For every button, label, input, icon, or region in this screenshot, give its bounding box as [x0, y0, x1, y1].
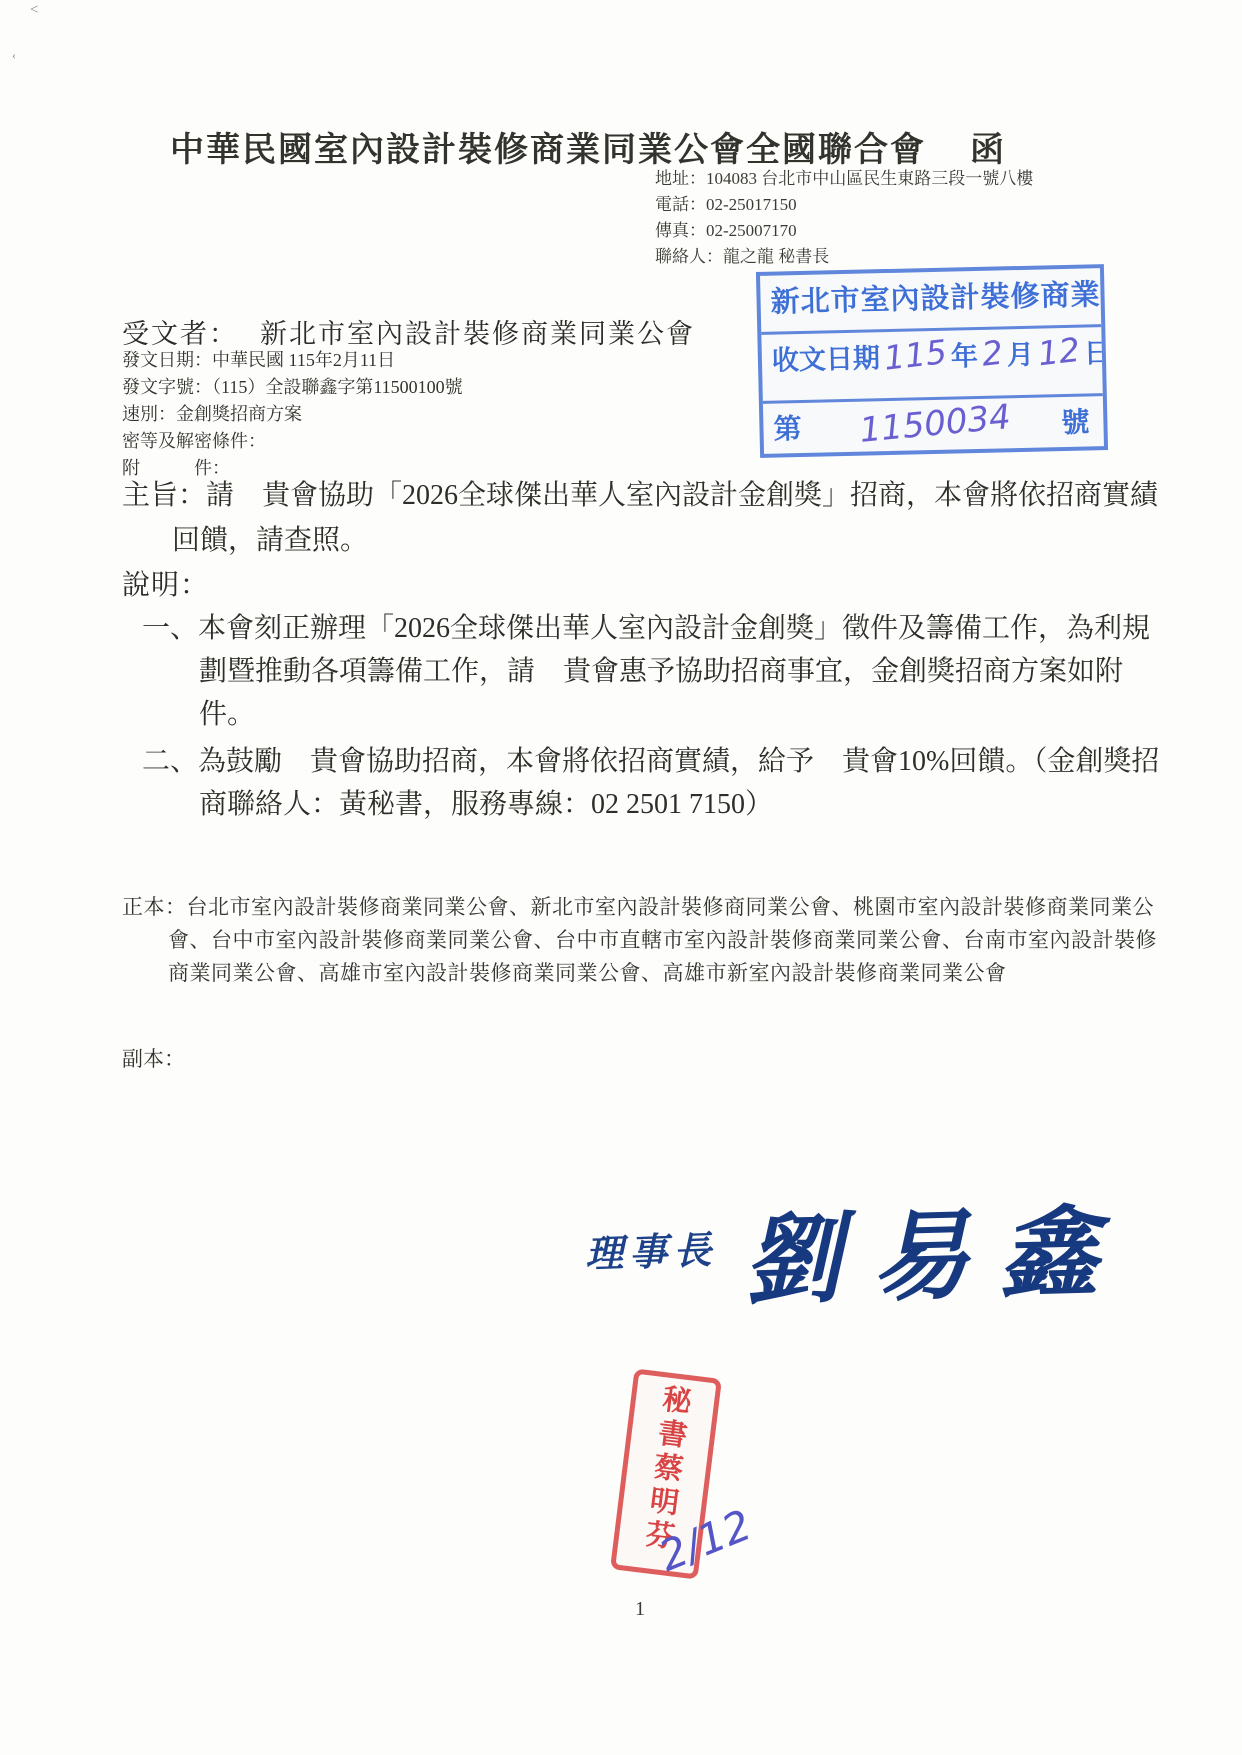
- original-list: 台北市室內設計裝修商業同業公會、新北市室內設計裝修商同業公會、桃園市室內設計裝修…: [168, 895, 1157, 985]
- explanation-item-1: 一、本會刻正辦理「2026全球傑出華人室內設計金創獎」徵件及籌備工作，為利規劃暨…: [142, 607, 1177, 736]
- sender-phone: 電話：02-25017150: [655, 192, 1033, 218]
- receipt-stamp: 新北市室內設計裝修商業同業公會 收文日期115年2月12日 號第1150034: [756, 264, 1108, 458]
- receipt-stamp-number-row: 號第1150034: [763, 393, 1104, 458]
- receipt-stamp-org: 新北市室內設計裝修商業同業公會: [760, 268, 1101, 332]
- cc-label: 副本：: [122, 1043, 185, 1073]
- receipt-no-handwritten: 1150034: [858, 397, 1012, 451]
- sender-address: 地址：104083 台北市中山區民生東路三段一號八樓: [655, 166, 1033, 192]
- chairman-name-calligraphy: 劉易鑫: [741, 1173, 1129, 1324]
- document-title: 中華民國室內設計裝修商業同業公會全國聯合會函: [170, 122, 1006, 171]
- subject-paragraph: 主旨：請 貴會協助「2026全球傑出華人室內設計金創獎」招商，本會將依招商實績回…: [122, 473, 1174, 563]
- receipt-no-suffix: 號: [1061, 400, 1090, 441]
- original-label: 正本：: [122, 895, 187, 919]
- receipt-year-unit: 年: [951, 341, 979, 372]
- scanned-letter-page: < ‹ 中華民國室內設計裝修商業同業公會全國聯合會函 地址：104083 台北市…: [0, 0, 1242, 1755]
- receipt-day-handwritten: 12: [1036, 330, 1082, 373]
- document-type-label: 函: [970, 132, 1006, 169]
- subject-label: 主旨：: [122, 480, 206, 511]
- recipient-value: 新北市室內設計裝修商業同業公會: [260, 319, 695, 349]
- speed-line: 速別：金創獎招商方案: [122, 401, 463, 428]
- explanation-item-2: 二、為鼓勵 貴會協助招商，本會將依招商實績，給予 貴會10%回饋。（金創獎招商聯…: [142, 740, 1177, 826]
- scan-artifact: <: [30, 2, 38, 19]
- recipient-line: 受文者：新北市室內設計裝修商業同業公會: [122, 312, 695, 351]
- receipt-date-label: 收文日期: [772, 343, 881, 375]
- receipt-no-prefix: 第: [773, 414, 802, 446]
- sender-fax: 傳真：02-25007170: [655, 218, 1033, 244]
- chairman-signature: 理事長 劉易鑫: [585, 1178, 1127, 1319]
- issue-date-line: 發文日期：中華民國 115年2月11日: [122, 347, 463, 374]
- explanation-label: 說明：: [122, 563, 209, 603]
- item-text: 本會刻正辦理「2026全球傑出華人室內設計金創獎」徵件及籌備工作，為利規劃暨推動…: [198, 613, 1150, 730]
- doc-number-line: 發文字號：（115）全設聯鑫字第11500100號: [122, 374, 463, 401]
- receipt-month-handwritten: 2: [980, 333, 1005, 374]
- recipient-label: 受文者：: [122, 319, 238, 349]
- item-number: 一、: [142, 613, 198, 644]
- sender-contact-block: 地址：104083 台北市中山區民生東路三段一號八樓 電話：02-2501715…: [655, 166, 1033, 270]
- scan-artifact: ‹: [12, 48, 16, 63]
- subject-text: 請 貴會協助「2026全球傑出華人室內設計金創獎」招商，本會將依招商實績回饋，請…: [172, 480, 1158, 556]
- item-number: 二、: [142, 746, 198, 777]
- document-meta-block: 發文日期：中華民國 115年2月11日 發文字號：（115）全設聯鑫字第1150…: [122, 347, 463, 482]
- receipt-year-handwritten: 115: [882, 332, 949, 378]
- security-line: 密等及解密條件：: [122, 428, 463, 455]
- issuer-name: 中華民國室內設計裝修商業同業公會全國聯合會: [170, 132, 926, 169]
- original-copy-recipients: 正本：台北市室內設計裝修商業同業公會、新北市室內設計裝修商同業公會、桃園市室內設…: [122, 891, 1160, 990]
- item-text: 為鼓勵 貴會協助招商，本會將依招商實績，給予 貴會10%回饋。（金創獎招商聯絡人…: [198, 746, 1159, 820]
- receipt-month-unit: 月: [1007, 340, 1035, 371]
- page-number: 1: [560, 1598, 720, 1621]
- receipt-stamp-date-row: 收文日期115年2月12日: [761, 324, 1102, 401]
- chairman-title: 理事長: [584, 1219, 718, 1279]
- receipt-day-unit: 日: [1084, 338, 1103, 369]
